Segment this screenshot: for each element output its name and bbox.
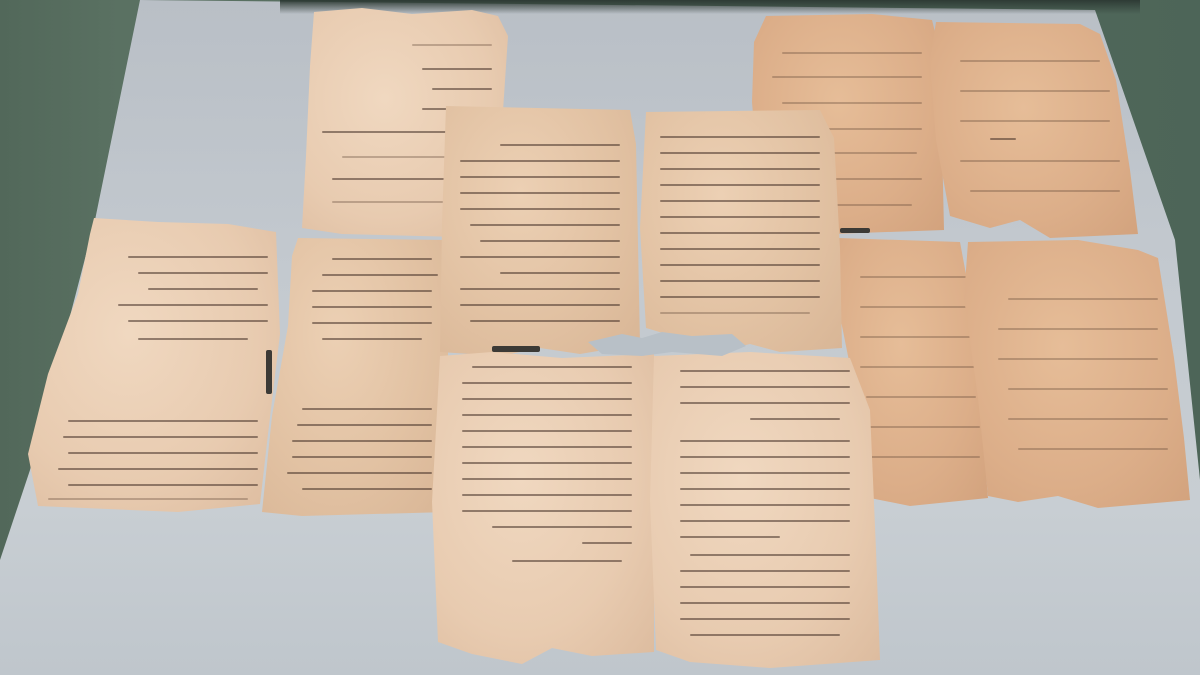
- manuscript-page-bottom-center-left: [432, 352, 654, 664]
- dark-tear: [266, 350, 272, 394]
- manuscript-page-upper-center-left: [440, 104, 640, 356]
- manuscript-page-far-right: [958, 238, 1190, 510]
- manuscript-page-bottom-center-right: [650, 350, 880, 668]
- case-top-shadow: [280, 0, 1140, 14]
- manuscript-display-photo: [0, 0, 1200, 675]
- dark-tear: [840, 228, 870, 233]
- dark-tear: [492, 346, 540, 352]
- manuscript-page-upper-center-right: [640, 108, 842, 358]
